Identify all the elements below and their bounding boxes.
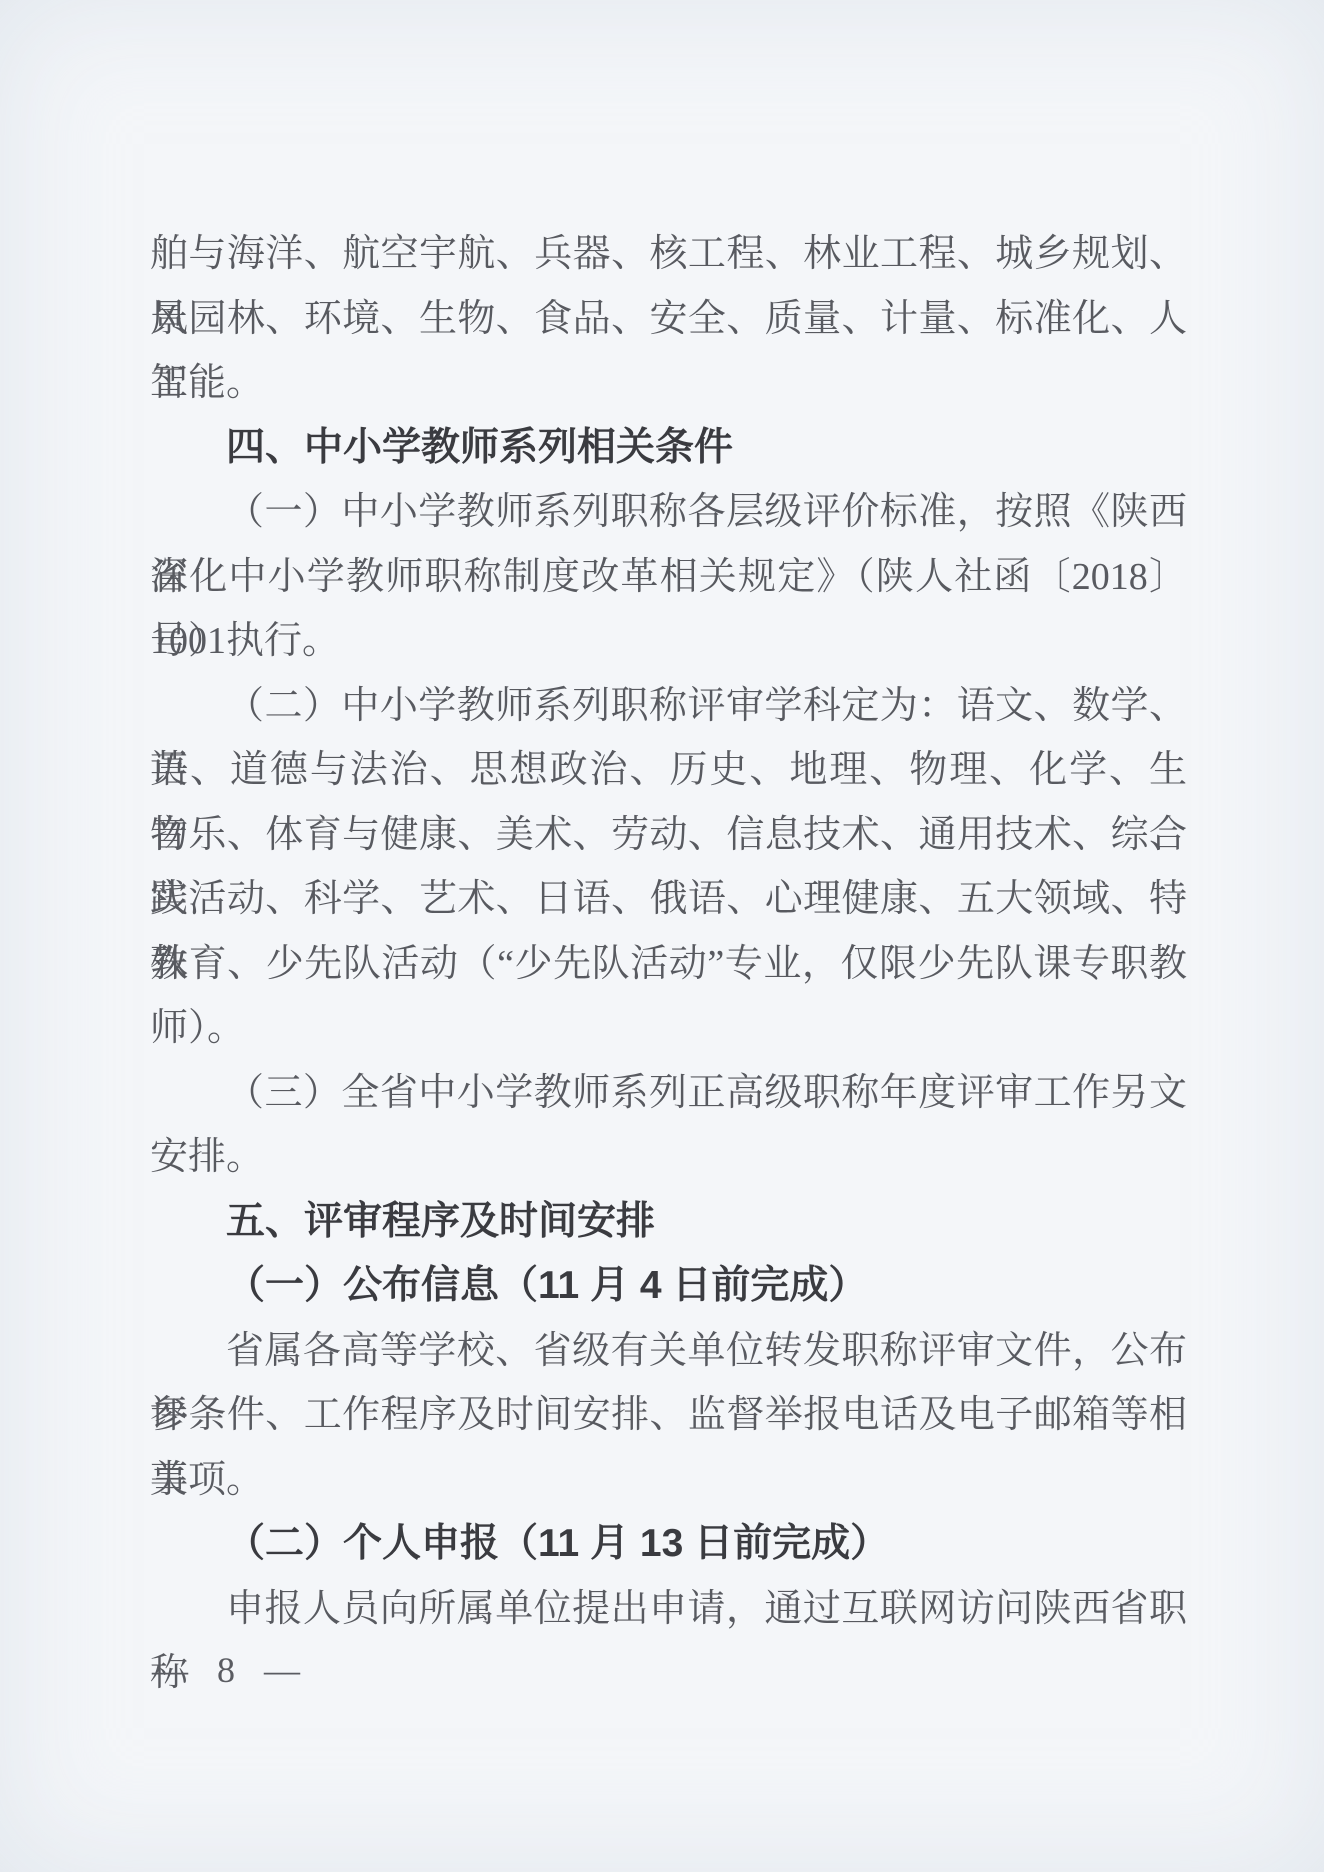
text-line: （三）全省中小学教师系列正高级职称年度评审工作另文 <box>150 1061 1187 1126</box>
text-line: 音乐、体育与健康、美术、劳动、信息技术、通用技术、综合实 <box>150 803 1187 868</box>
text-line: 事项。 <box>150 1448 1187 1513</box>
page-number: — 8 — <box>152 1644 310 1696</box>
text-line: 舶与海洋、航空宇航、兵器、核工程、林业工程、城乡规划、风 <box>150 222 1187 287</box>
section-heading: （一）公布信息（11 月 4 日前完成） <box>150 1254 1187 1319</box>
text-line: 语、道德与法治、思想政治、历史、地理、物理、化学、生物、 <box>150 738 1187 803</box>
section-heading: （二）个人申报（11 月 13 日前完成） <box>150 1512 1187 1577</box>
text-line: 景园林、环境、生物、食品、安全、质量、计量、标准化、人工 <box>150 287 1187 352</box>
text-line: 践活动、科学、艺术、日语、俄语、心理健康、五大领域、特殊 <box>150 867 1187 932</box>
section-heading: 五、评审程序及时间安排 <box>150 1190 1187 1255</box>
text-block: 舶与海洋、航空宇航、兵器、核工程、林业工程、城乡规划、风景园林、环境、生物、食品… <box>150 222 1187 1641</box>
text-line: 安排。 <box>150 1125 1187 1190</box>
text-line: 评条件、工作程序及时间安排、监督举报电话及电子邮箱等相关 <box>150 1383 1187 1448</box>
text-line: 智能。 <box>150 351 1187 416</box>
text-line: 号）执行。 <box>150 609 1187 674</box>
text-line: 师）。 <box>150 996 1187 1061</box>
document-page: 舶与海洋、航空宇航、兵器、核工程、林业工程、城乡规划、风景园林、环境、生物、食品… <box>0 0 1324 1872</box>
text-line: 省属各高等学校、省级有关单位转发职称评审文件，公布参 <box>150 1319 1187 1384</box>
text-line: （二）中小学教师系列职称评审学科定为：语文、数学、英 <box>150 674 1187 739</box>
text-line: 深化中小学教师职称制度改革相关规定》（陕人社函〔2018〕1001 <box>150 545 1187 610</box>
text-line: 申报人员向所属单位提出申请，通过互联网访问陕西省职称 <box>150 1577 1187 1642</box>
text-line: （一）中小学教师系列职称各层级评价标准，按照《陕西省 <box>150 480 1187 545</box>
text-line: 教育、少先队活动（“少先队活动”专业，仅限少先队课专职教 <box>150 932 1187 997</box>
section-heading: 四、中小学教师系列相关条件 <box>150 416 1187 481</box>
